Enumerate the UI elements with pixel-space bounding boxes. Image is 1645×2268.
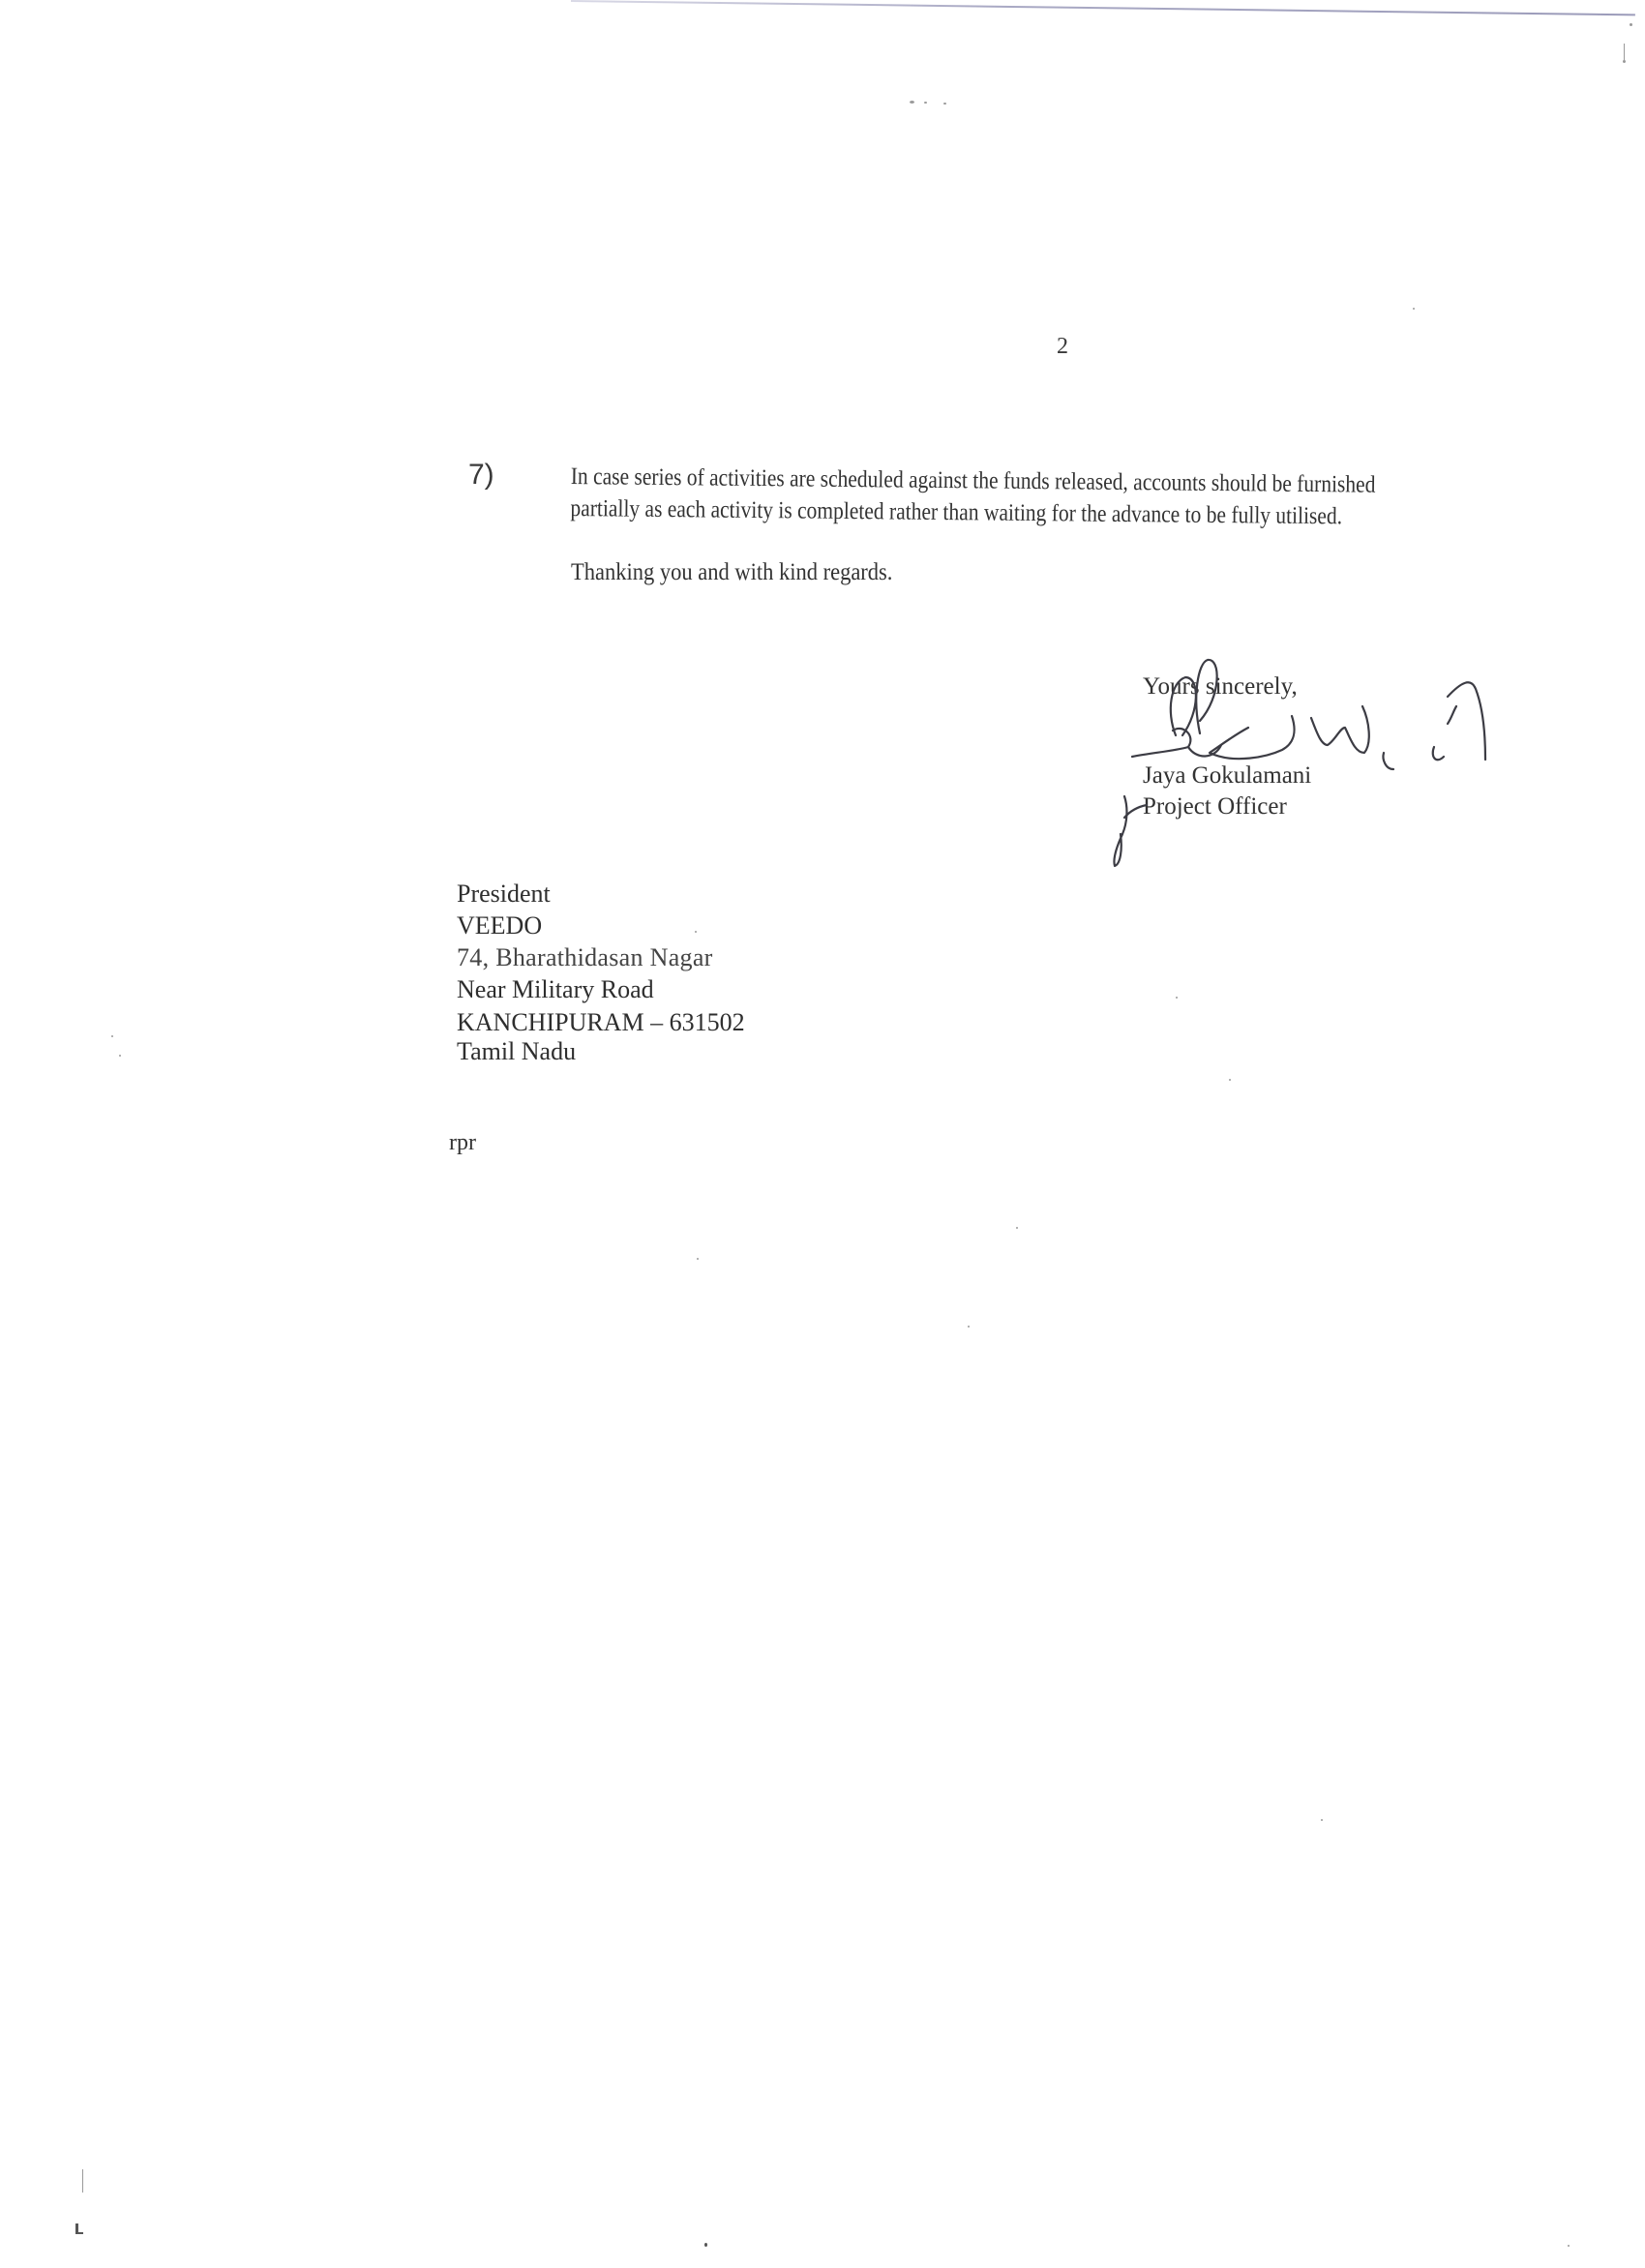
item-paragraph: In case series of activities are schedul… (570, 461, 1507, 534)
closing-line: Thanking you and with kind regards. (571, 559, 892, 586)
salutation: Yours sincerely, (1143, 673, 1298, 701)
scan-speck (910, 101, 914, 104)
scan-speck (119, 1055, 121, 1057)
scan-speck (1568, 2245, 1570, 2247)
signatory-title: Project Officer (1143, 793, 1287, 821)
recipient-line: President (457, 880, 551, 909)
scan-speck (111, 1035, 113, 1037)
scan-speck (82, 2169, 83, 2193)
scan-speck (697, 1258, 699, 1260)
scanner-edge-line (571, 0, 1635, 15)
scan-speck (704, 2243, 707, 2247)
scan-speck (1413, 308, 1415, 310)
page-number: 2 (1057, 334, 1068, 360)
scan-speck (968, 1326, 970, 1328)
handwritten-signature (0, 0, 1645, 2268)
item-number: 7) (468, 459, 494, 492)
signatory-name: Jaya Gokulamani (1143, 762, 1311, 790)
scan-speck (1016, 1227, 1018, 1229)
recipient-line: 74, Bharathidasan Nagar (457, 943, 713, 972)
recipient-line: VEEDO (457, 911, 542, 940)
scan-speck (1229, 1079, 1231, 1081)
scan-speck (695, 931, 697, 933)
scan-speck (924, 102, 927, 104)
scan-speck (1630, 23, 1632, 26)
scan-mark-l (75, 2232, 83, 2234)
scan-speck (1321, 1819, 1323, 1821)
reference-initials: rpr (449, 1130, 476, 1156)
recipient-line: Near Military Road (457, 975, 654, 1004)
scan-speck (1176, 997, 1178, 999)
recipient-line: KANCHIPURAM – 631502 (457, 1008, 745, 1037)
scan-speck (943, 103, 946, 104)
scan-speck (1623, 60, 1626, 63)
recipient-line: Tamil Nadu (457, 1037, 576, 1066)
